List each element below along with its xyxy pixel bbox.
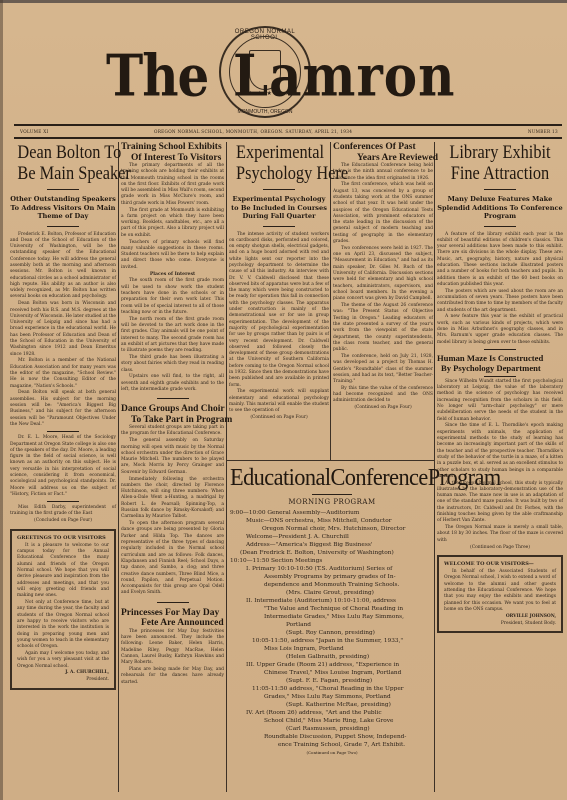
program-section: MORNING PROGRAM — [230, 498, 434, 506]
article-training-school: Training School Exhibits Of Interest To … — [121, 142, 224, 686]
headline: Fine Attraction — [446, 163, 554, 184]
subhead: Places of Interest — [121, 272, 224, 278]
program-line: 10:05-11:50, address "Japan in the Summe… — [230, 637, 434, 645]
program-line: II. Intermediate (Auditorium) 10:10-11:0… — [230, 597, 434, 605]
deck: Experimental Psychology to Be Included i… — [229, 195, 329, 221]
program-line: Miss Lois Ingram, Portland — [230, 645, 434, 653]
program-line: Chinese Travel," Miss Louise Ingram, Por… — [230, 669, 434, 677]
box-title: GREETINGS TO OUR VISITORS — [17, 535, 109, 541]
signature-title: President. — [17, 677, 109, 683]
dateline: VOLUME XI OREGON NORMAL SCHOOL, MONMOUTH… — [14, 127, 562, 137]
article-experimental-psychology: Experimental Psychology Here Experimenta… — [229, 142, 329, 422]
seal-bottom-text: MONMOUTH, OREGON — [221, 109, 309, 115]
headline: Dance Groups And Choir — [121, 404, 224, 415]
program-line: Address—"America's Biggest Big Business' — [230, 541, 434, 549]
continued-link: (Continued on Page Three) — [437, 545, 563, 551]
number-label: NUMBER 13 — [528, 129, 558, 134]
program-line: 11:05-11:50 address, "Choral Reading in … — [230, 685, 434, 693]
headline: Training School Exhibits — [121, 142, 224, 153]
program-line: IV. Art (Room 26) address, "Art and the … — [230, 709, 434, 717]
column-divider — [118, 142, 119, 792]
dateline-center: OREGON NORMAL SCHOOL, MONMOUTH, OREGON. … — [154, 129, 352, 134]
headline: Of Interest To Visitors — [121, 153, 224, 164]
page-left-edge — [0, 0, 3, 800]
program-line: Welcome—President J. A. Churchill — [230, 533, 434, 541]
program-line: Grades," Miss Lulu Ray Simmons, Portland — [230, 693, 434, 701]
program-line: ence Training School, Grade 7, Art Exhib… — [230, 741, 434, 749]
headline: Princesses For May Day — [121, 608, 224, 619]
headline: Dean Bolton To — [17, 142, 108, 163]
program-line: "The Value and Technique of Choral Readi… — [230, 605, 434, 613]
article-past-conferences: Conferences Of Past Years Are Reviewed T… — [333, 142, 433, 412]
signature: J. A. CHURCHILL, — [17, 670, 109, 676]
program-line: (Carl Rasmussen, presiding) — [230, 725, 434, 733]
program-line: (Dean Fredrick E. Bolton, University of … — [230, 549, 434, 557]
program-line: dependence and Monmouth Training Schools… — [230, 581, 434, 589]
headline: Human Maze Is Constructed — [437, 353, 563, 364]
headline: Years Are Reviewed — [333, 153, 433, 164]
program-line: Music—ONS orchestra, Miss Mitchell, Cond… — [230, 517, 434, 525]
program-line: (Supt. Katherine McRae, presiding) — [230, 701, 434, 709]
article-library-exhibit: Library Exhibit Fine Attraction Many Del… — [437, 142, 563, 633]
welcome-box: WELCOME TO OUR VISITORS— In behalf of th… — [437, 555, 563, 633]
column-divider — [330, 142, 331, 460]
column-divider — [226, 142, 227, 792]
masthead-title-the: The — [106, 42, 208, 110]
signature-title: President, Student Body. — [444, 621, 556, 627]
continued-link: (Continued on Page Four) — [333, 405, 433, 411]
greetings-box: GREETINGS TO OUR VISITORS It is a pleasu… — [10, 529, 116, 690]
continued-link: (Concluded on Page Four) — [10, 518, 116, 524]
continued-link: (Continued on Page Four) — [229, 415, 329, 421]
program-line: (Helen Galbraith, presiding) — [230, 653, 434, 661]
program-line: Portland — [230, 621, 434, 629]
program-line: School Child," Miss Marie Ring, Lake Gro… — [230, 717, 434, 725]
masthead-title-name: Lamron — [231, 42, 456, 110]
newspaper-page: The OREGON NORMAL SCHOOL ★ ★ ★ ★ ★ ★ MON… — [6, 2, 566, 798]
headline: Experimental — [236, 142, 322, 163]
headline: Fete Are Announced — [121, 618, 224, 629]
program-line: Assembly Programs by primary grades of I… — [230, 573, 434, 581]
program-line: Oregon Normal choir, Mrs. Hutchinson, Di… — [230, 525, 434, 533]
signature: ORVILLE JOHNSON, — [444, 614, 556, 620]
deck: Many Deluxe Features Make Splendid Addit… — [437, 195, 563, 221]
masthead: The OREGON NORMAL SCHOOL ★ ★ ★ ★ ★ ★ MON… — [6, 20, 566, 120]
program-line: 9:00—10:00 General Assembly—Auditorium — [230, 509, 434, 517]
continued-link: (Continued on Page Two) — [230, 749, 434, 757]
program-line: (Mrs. Claire Grout, presiding) — [230, 589, 434, 597]
headline: By Psychology Department — [437, 363, 563, 374]
program-line: III. Upper Grade (Room 21) address, "Exp… — [230, 661, 434, 669]
headline: To Take Part in Program — [121, 415, 224, 426]
program-line: 10:10—11:50 Section Meetings — [230, 557, 434, 565]
headline: Psychology Here — [236, 163, 322, 184]
headline: Library Exhibit — [446, 142, 554, 163]
program-top-rule — [227, 460, 434, 461]
box-title: WELCOME TO OUR VISITORS— — [444, 561, 556, 567]
program-line: Intermediate Grades," Miss Lulu Ray Simm… — [230, 613, 434, 621]
headline: Be Main Speaker — [17, 163, 108, 184]
article-dean-bolton: Dean Bolton To Be Main Speaker Other Out… — [10, 142, 116, 690]
headline: Conferences Of Past — [333, 142, 433, 153]
deck: Other Outstanding Speakers To Address Vi… — [10, 195, 116, 221]
program-line: I. Primary 10:10-10:50 (T.S. Auditorium)… — [230, 565, 434, 573]
program-line: Roundtable Discussion, Puppet Show, Inde… — [230, 733, 434, 741]
program-line: (Supt. Roy Cannon, presiding) — [230, 629, 434, 637]
volume-label: VOLUME XI — [20, 129, 48, 134]
masthead-rule-bottom — [14, 137, 562, 139]
program-line: (Supt. F. E. Fagan, presiding) — [230, 677, 434, 685]
masthead-rule-top — [14, 124, 562, 126]
program-body: 9:00—10:00 General Assembly—Auditorium M… — [230, 509, 434, 757]
